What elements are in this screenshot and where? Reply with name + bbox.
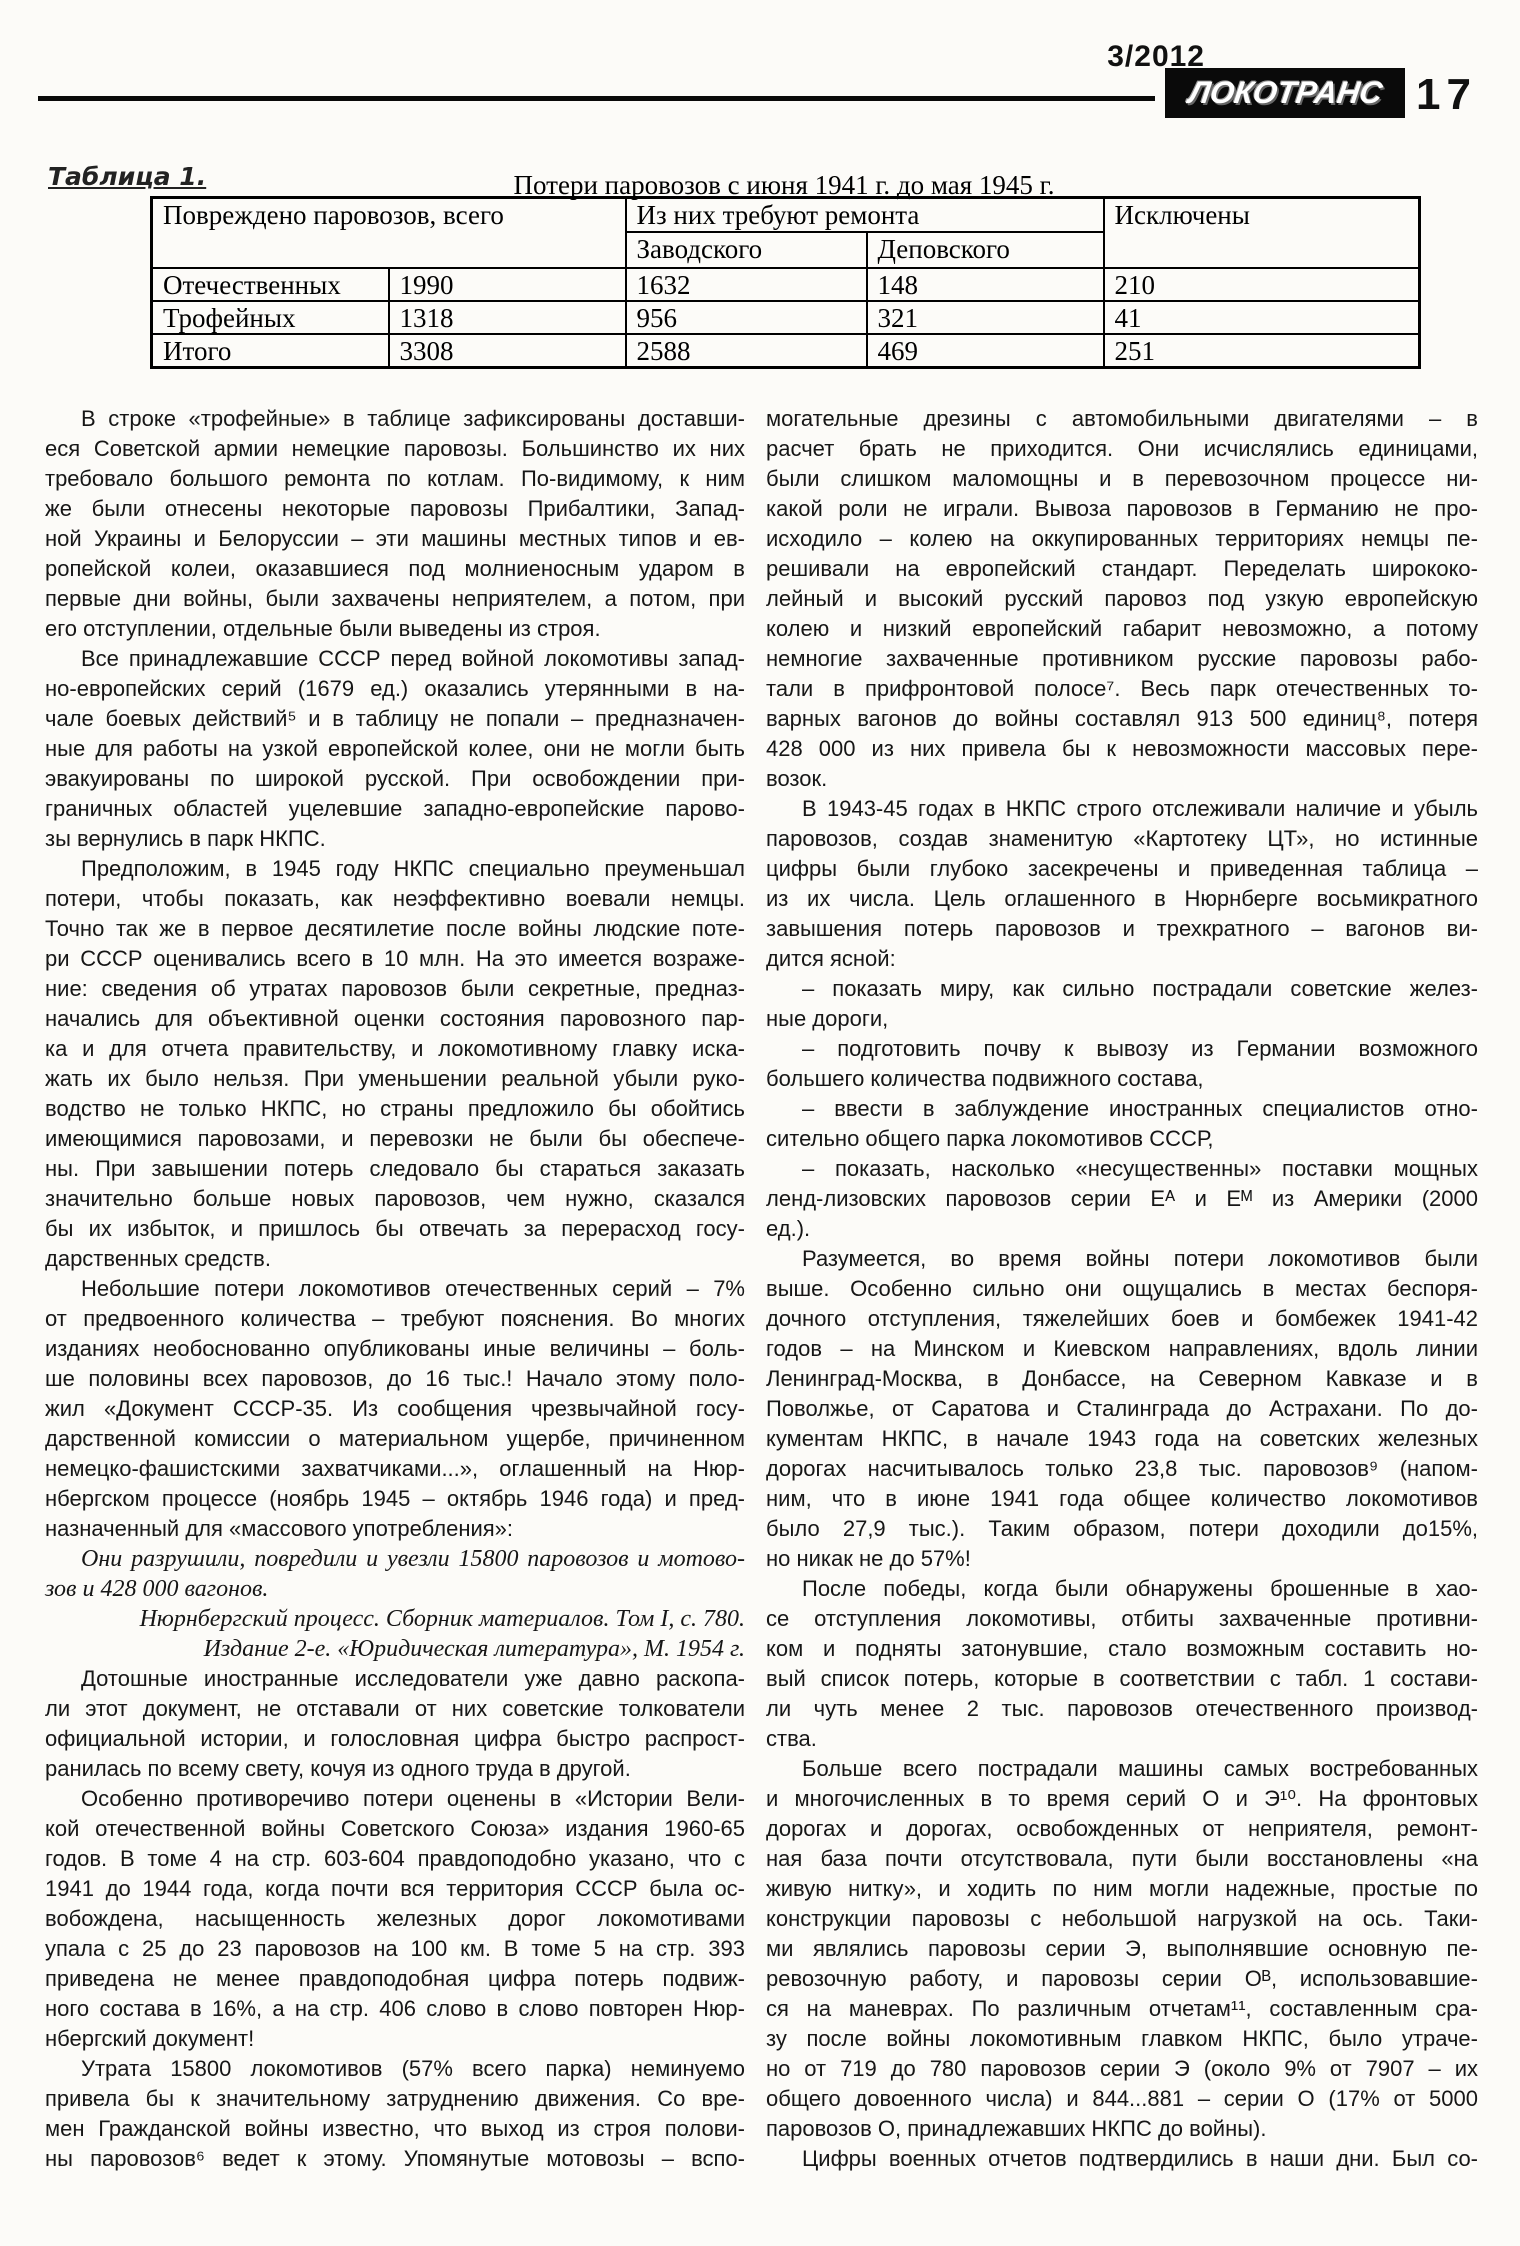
cell-total: 1318	[389, 301, 626, 334]
losses-table: Повреждено паровозов, всего Из них требу…	[150, 196, 1421, 369]
magazine-logo: ЛОКОТРАНС	[1165, 68, 1405, 118]
paragraph-researchers: Дотошные иностранные исследователи уже д…	[45, 1664, 745, 1784]
paragraph-after-victory: После победы, когда были обнаружены брош…	[766, 1574, 1478, 1754]
table-row: Трофейных 1318 956 321 41	[152, 301, 1420, 334]
left-column: В строке «трофейные» в таблице зафиксиро…	[45, 404, 745, 2174]
paragraph-kartoteka: В 1943-45 годах в НКПС строго отслеживал…	[766, 794, 1478, 974]
paragraph-trophy: В строке «трофейные» в таблице зафиксиро…	[45, 404, 745, 644]
table-row-total: Итого 3308 2588 469 251	[152, 334, 1420, 368]
cell-depot: 321	[867, 301, 1104, 334]
cell-excluded: 210	[1104, 268, 1420, 301]
bullet-lend-lease: – показать, насколько «несущественны» по…	[766, 1154, 1478, 1244]
cell-excluded: 251	[1104, 334, 1420, 368]
bullet-mislead-specialists: – ввести в заблуждение иностранных специ…	[766, 1094, 1478, 1154]
cell-depot: 469	[867, 334, 1104, 368]
col-header-depot: Деповского	[867, 232, 1104, 268]
paragraph-series-o-e: Больше всего пострадали машины самых вос…	[766, 1754, 1478, 2144]
cell-factory: 1632	[626, 268, 867, 301]
page-number: 17	[1416, 70, 1477, 120]
row-label: Трофейных	[152, 301, 389, 334]
col-header-excluded: Исключены	[1104, 198, 1420, 268]
bullet-prepare-export: – подготовить почву к вывозу из Германии…	[766, 1034, 1478, 1094]
paragraph-small-losses: Небольшие потери локомотивов отечественн…	[45, 1274, 745, 1544]
cell-total: 3308	[389, 334, 626, 368]
col-header-repair: Из них требуют ремонта	[626, 198, 1104, 232]
paragraph-drezines-continued: могательные дрезины с автомобильными дви…	[766, 404, 1478, 794]
magazine-page: 3/2012 ЛОКОТРАНС 17 Таблица 1. Потери па…	[0, 0, 1520, 2246]
col-header-damaged: Повреждено паровозов, всего	[152, 198, 626, 268]
paragraph-west-european: Все принадлежавшие СССР перед войной лок…	[45, 644, 745, 854]
right-column: могательные дрезины с автомобильными дви…	[766, 404, 1478, 2174]
paragraph-war-losses: Разумеется, во время войны потери локомо…	[766, 1244, 1478, 1574]
paragraph-history-ussr: Особенно противоречиво потери оценены в …	[45, 1784, 745, 2054]
row-label: Итого	[152, 334, 389, 368]
paragraph-figures-confirmed: Цифры военных отчетов подтвердились в на…	[766, 2144, 1478, 2174]
nuremberg-quote: Они разрушили, повредили и увезли 15800 …	[45, 1544, 745, 1604]
bullet-show-world: – показать миру, как сильно пострадали с…	[766, 974, 1478, 1034]
row-label: Отечественных	[152, 268, 389, 301]
table-row: Отечественных 1990 1632 148 210	[152, 268, 1420, 301]
issue-number: 3/2012	[905, 40, 1205, 74]
cell-depot: 148	[867, 268, 1104, 301]
quote-attribution: Нюрнбергский процесс. Сборник материалов…	[45, 1604, 745, 1664]
paragraph-loss-15800: Утрата 15800 локомотивов (57% всего парк…	[45, 2054, 745, 2174]
magazine-logo-text: ЛОКОТРАНС	[1186, 75, 1384, 111]
cell-total: 1990	[389, 268, 626, 301]
col-header-factory: Заводского	[626, 232, 867, 268]
cell-factory: 956	[626, 301, 867, 334]
table-header-row-1: Повреждено паровозов, всего Из них требу…	[152, 198, 1420, 232]
header-rule	[38, 96, 1155, 101]
cell-factory: 2588	[626, 334, 867, 368]
cell-excluded: 41	[1104, 301, 1420, 334]
paragraph-suppose-1945: Предположим, в 1945 году НКПС специально…	[45, 854, 745, 1274]
